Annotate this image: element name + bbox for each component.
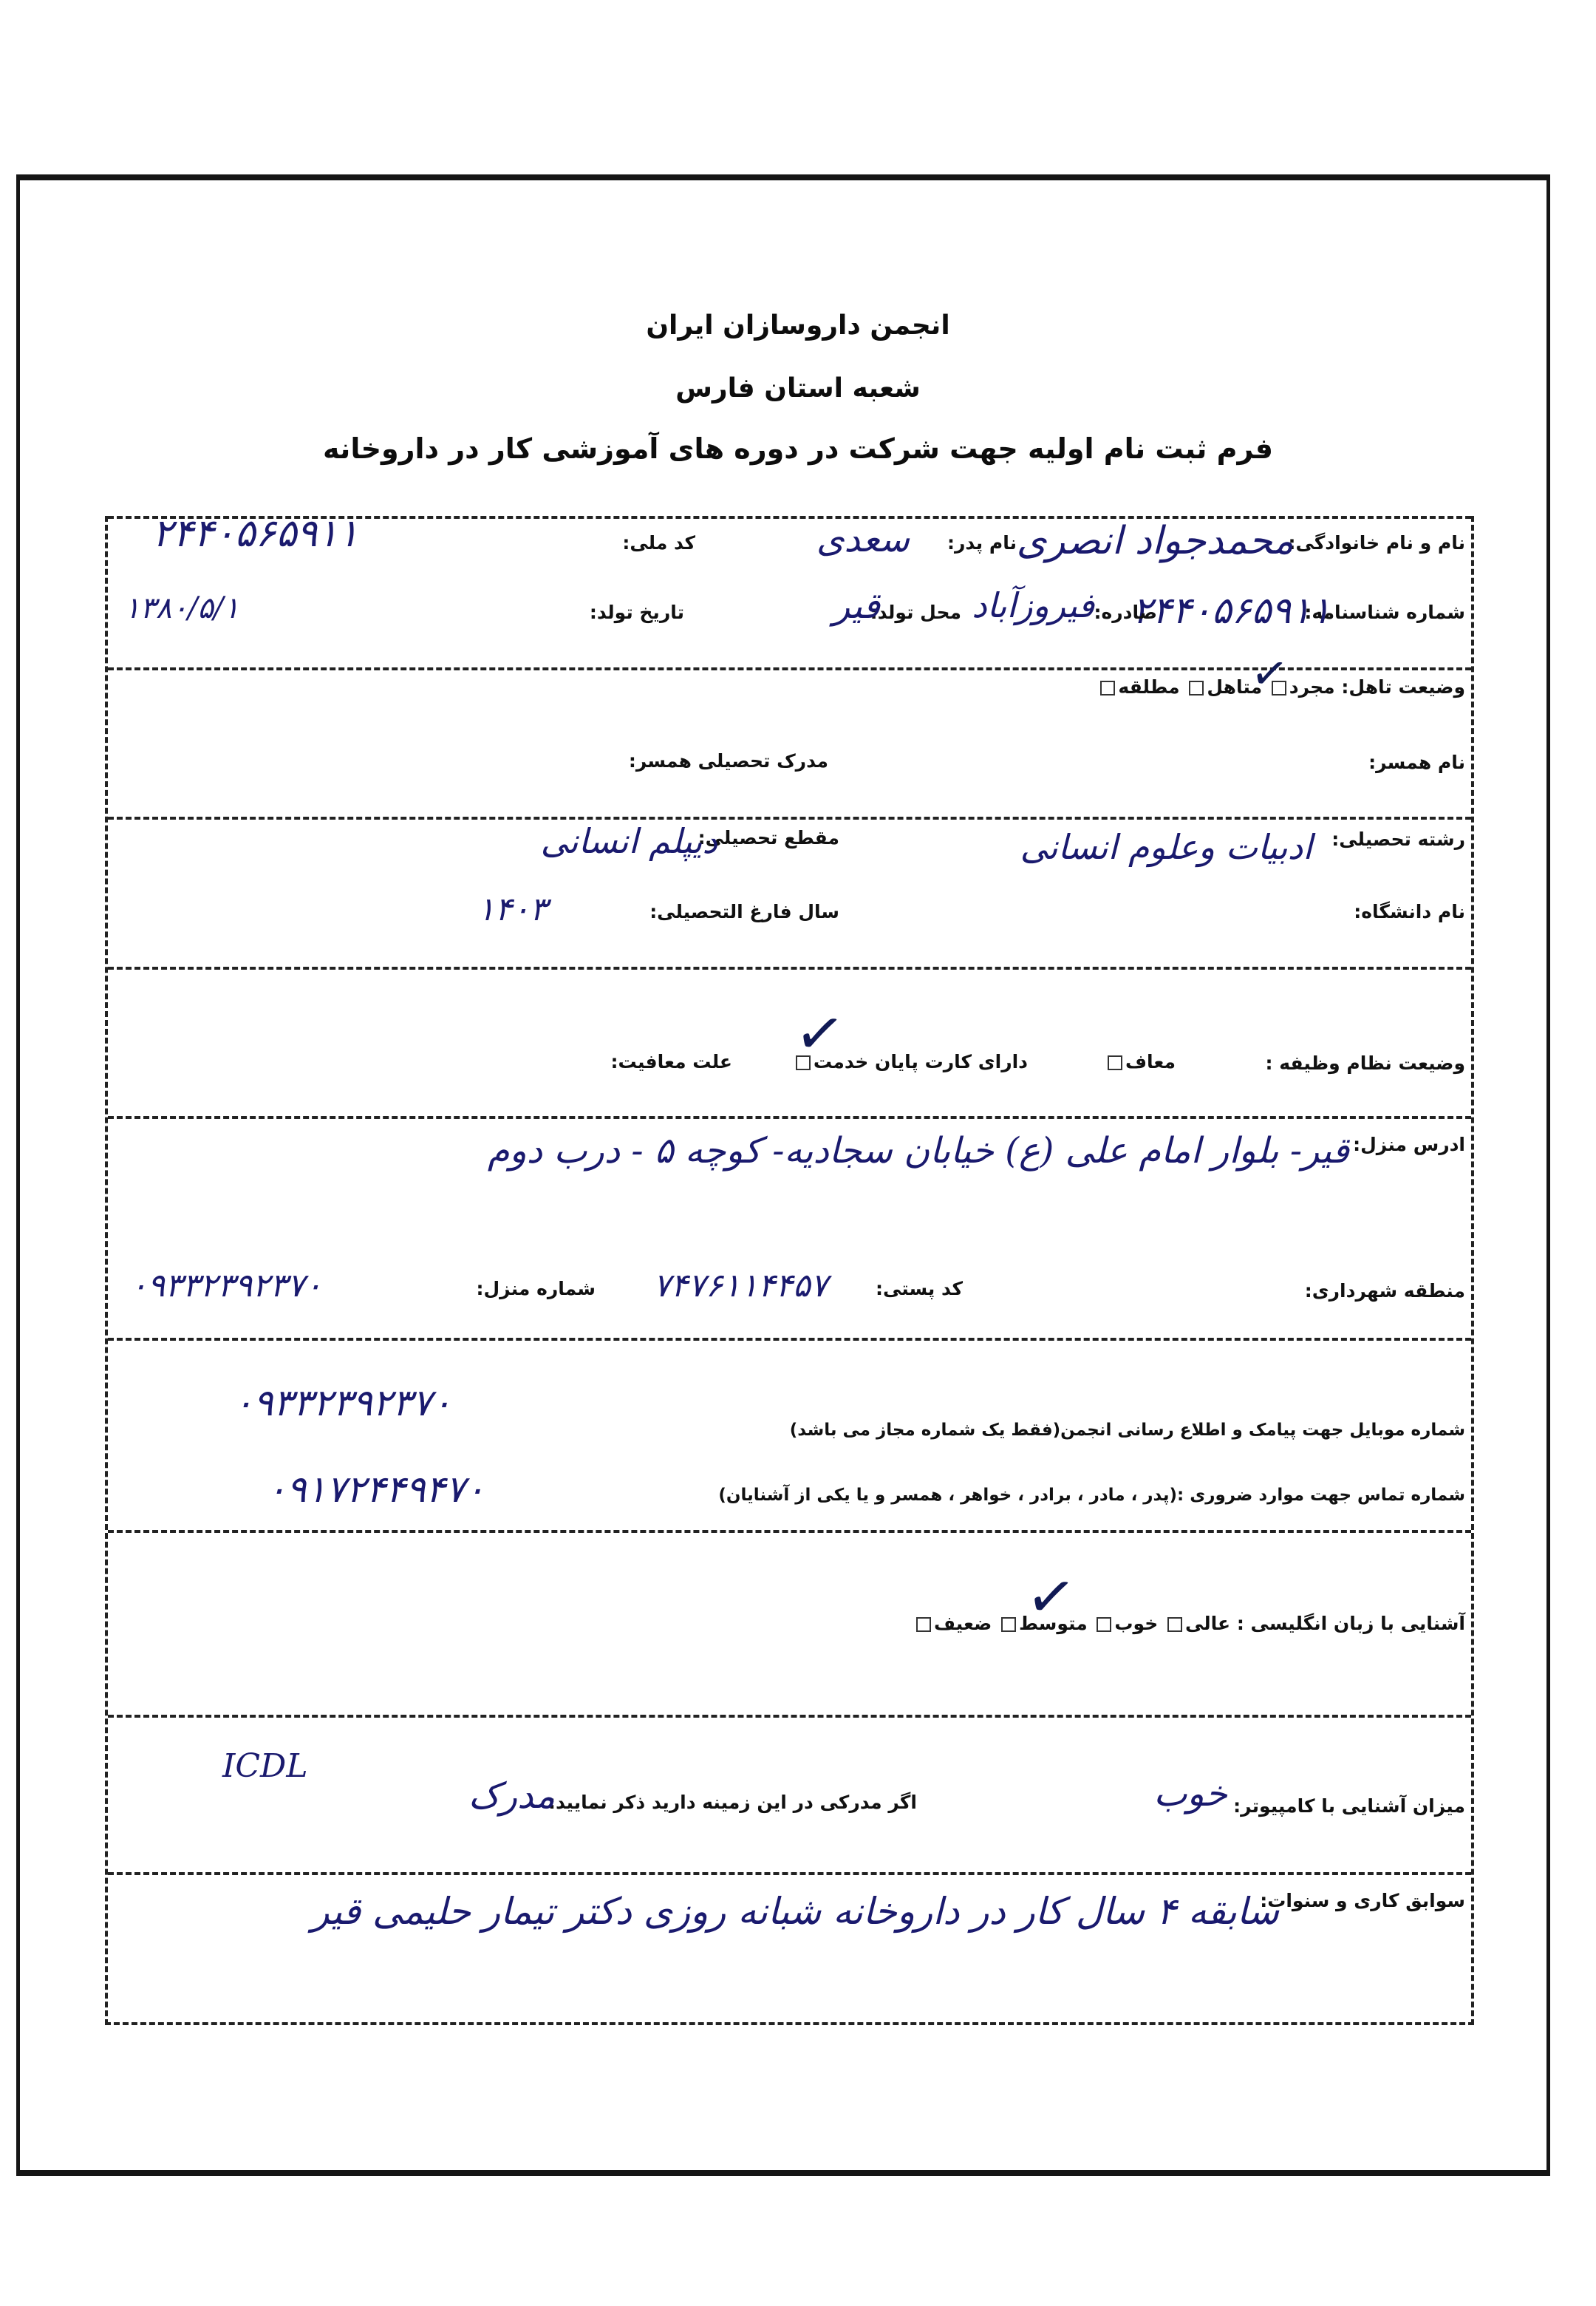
checkbox-weak[interactable]: [916, 1617, 931, 1632]
home-phone-field[interactable]: ۰۹۳۳۲۳۹۲۳۷۰: [130, 1267, 322, 1305]
university-label: نام دانشگاه:: [1354, 901, 1465, 922]
checkbox-married[interactable]: [1189, 681, 1204, 695]
address-label: ادرس منزل:: [1353, 1134, 1465, 1155]
marital-option-divorced[interactable]: مطلقه: [1097, 676, 1179, 698]
english-label: آشنایی با زبان انگلیسی :: [1237, 1613, 1465, 1634]
district-label: منطقه شهرداری:: [1305, 1280, 1465, 1302]
service-card-label: دارای کارت پایان خدمت: [814, 1051, 1028, 1072]
english-option-weak[interactable]: ضعیف: [913, 1613, 992, 1634]
field-of-study-field[interactable]: ادبیات وعلوم انسانی: [1020, 827, 1312, 867]
excellent-label: عالی: [1185, 1613, 1230, 1634]
birthdate-field[interactable]: ۱۳۸۰/۵/۱: [124, 591, 239, 625]
checkbox-exempt[interactable]: [1108, 1055, 1122, 1070]
english-option-good[interactable]: خوب: [1094, 1613, 1158, 1634]
certificate-label: اگر مدرکی در این زمینه دارید ذکر نمایید:: [548, 1792, 917, 1813]
row-work-history: سوابق کاری و سنوات: سابقه ۴ سال کار در د…: [108, 1872, 1471, 2028]
spouse-education-label: مدرک تحصیلی همسر:: [629, 750, 828, 772]
english-option-excellent[interactable]: عالی: [1164, 1613, 1230, 1634]
postal-code-field[interactable]: ۷۴۷۶۱۱۴۴۵۷: [653, 1267, 828, 1305]
birthplace-label: محل تولد:: [870, 602, 961, 623]
id-number-field[interactable]: ۲۴۴۰۵۶۵۹۱۱: [1132, 589, 1331, 632]
work-history-label: سوابق کاری و سنوات:: [1260, 1890, 1465, 1911]
row-marital: وضیعت تاهل: مجرد متاهل مطلقه ✓ نام همسر:…: [108, 667, 1471, 820]
exempt-option[interactable]: معاف: [1105, 1051, 1176, 1072]
mobile-field[interactable]: ۰۹۳۳۲۳۹۲۳۷۰: [233, 1381, 451, 1424]
grad-year-label: سال فارغ التحصیلی:: [649, 901, 839, 922]
checkbox-good[interactable]: [1097, 1617, 1111, 1632]
row-military: وضیعت نظام وظیفه : معاف دارای کارت پایان…: [108, 967, 1471, 1119]
exemption-reason-label: علت معافیت:: [611, 1051, 732, 1072]
marital-label: وضیعت تاهل:: [1341, 676, 1465, 698]
emergency-contact-field[interactable]: ۰۹۱۷۲۴۴۹۴۷۰: [267, 1468, 485, 1511]
emergency-contact-label: شماره تماس جهت موارد ضروری :(پدر ، مادر …: [718, 1486, 1465, 1505]
field-of-study-label: رشته تحصیلی:: [1331, 829, 1465, 850]
national-id-label: کد ملی:: [622, 532, 695, 554]
branch-title: شعبه استان فارس: [0, 373, 1596, 404]
computer-skill-label: میزان آشنایی با کامپیوتر:: [1233, 1795, 1465, 1817]
name-field[interactable]: محمدجواد انصری: [1017, 519, 1294, 563]
education-level-field[interactable]: دیپلم انسانی: [541, 821, 717, 861]
education-level-label: مقطع تحصیلی:: [698, 827, 839, 848]
form-table: نام و نام خانوادگی: محمدجواد انصری نام پ…: [105, 516, 1474, 2025]
military-status-label: وضیعت نظام وظیفه :: [1266, 1052, 1465, 1074]
org-title: انجمن داروسازان ایران: [0, 310, 1596, 341]
father-name-label: نام پدر:: [947, 532, 1017, 554]
row-english: آشنایی با زبان انگلیسی : عالی خوب متوسط …: [108, 1530, 1471, 1718]
english-group: آشنایی با زبان انگلیسی : عالی خوب متوسط …: [913, 1613, 1465, 1634]
grad-year-field[interactable]: ۱۴۰۳: [477, 891, 548, 928]
check-mark-icon: ✓: [791, 996, 849, 1071]
issued-label: صادره:: [1094, 602, 1157, 623]
divorced-label: مطلقه: [1118, 676, 1179, 698]
single-label: مجرد: [1289, 676, 1335, 698]
row-address: ادرس منزل: قیر- بلوار امام علی (ع) خیابا…: [108, 1116, 1471, 1341]
birthplace-field[interactable]: قیر: [833, 585, 880, 627]
check-mark-icon: ✓: [1247, 646, 1292, 702]
national-id-field[interactable]: ۲۴۴۰۵۶۵۹۱۱: [152, 511, 358, 556]
address-field[interactable]: قیر- بلوار امام علی (ع) خیابان سجادیه- ک…: [488, 1130, 1349, 1171]
mobile-label: شماره موبایل جهت پیامک و اطلاع رسانی انج…: [790, 1421, 1465, 1440]
birthdate-label: تاریخ تولد:: [590, 602, 684, 623]
exempt-label: معاف: [1125, 1051, 1176, 1072]
spouse-name-label: نام همسر:: [1368, 752, 1465, 773]
row-contact: شماره موبایل جهت پیامک و اطلاع رسانی انج…: [108, 1338, 1471, 1533]
form-title: فرم ثبت نام اولیه جهت شرکت در دوره های آ…: [0, 432, 1596, 465]
good-label: خوب: [1114, 1613, 1158, 1634]
certificate-field[interactable]: ICDL: [222, 1747, 308, 1785]
certificate-prefix[interactable]: مدرک: [468, 1775, 555, 1817]
postal-code-label: کد پستی:: [876, 1278, 963, 1299]
checkbox-medium[interactable]: [1001, 1617, 1016, 1632]
father-name-field[interactable]: سعدی: [816, 519, 910, 560]
check-mark-icon: ✓: [1022, 1560, 1080, 1634]
row-computer: میزان آشنایی با کامپیوتر: خوب اگر مدرکی …: [108, 1715, 1471, 1875]
home-phone-label: شماره منزل:: [476, 1278, 596, 1299]
weak-label: ضعیف: [934, 1613, 992, 1634]
computer-skill-field[interactable]: خوب: [1153, 1773, 1227, 1814]
work-history-field[interactable]: سابقه ۴ سال کار در داروخانه شبانه روزی د…: [312, 1890, 1279, 1933]
row-education: رشته تحصیلی: ادبیات وعلوم انسانی مقطع تح…: [108, 817, 1471, 970]
issued-field[interactable]: فیروزآباد: [972, 585, 1094, 625]
checkbox-divorced[interactable]: [1100, 681, 1115, 695]
name-label: نام و نام خانوادگی:: [1288, 532, 1465, 554]
checkbox-excellent[interactable]: [1167, 1617, 1182, 1632]
